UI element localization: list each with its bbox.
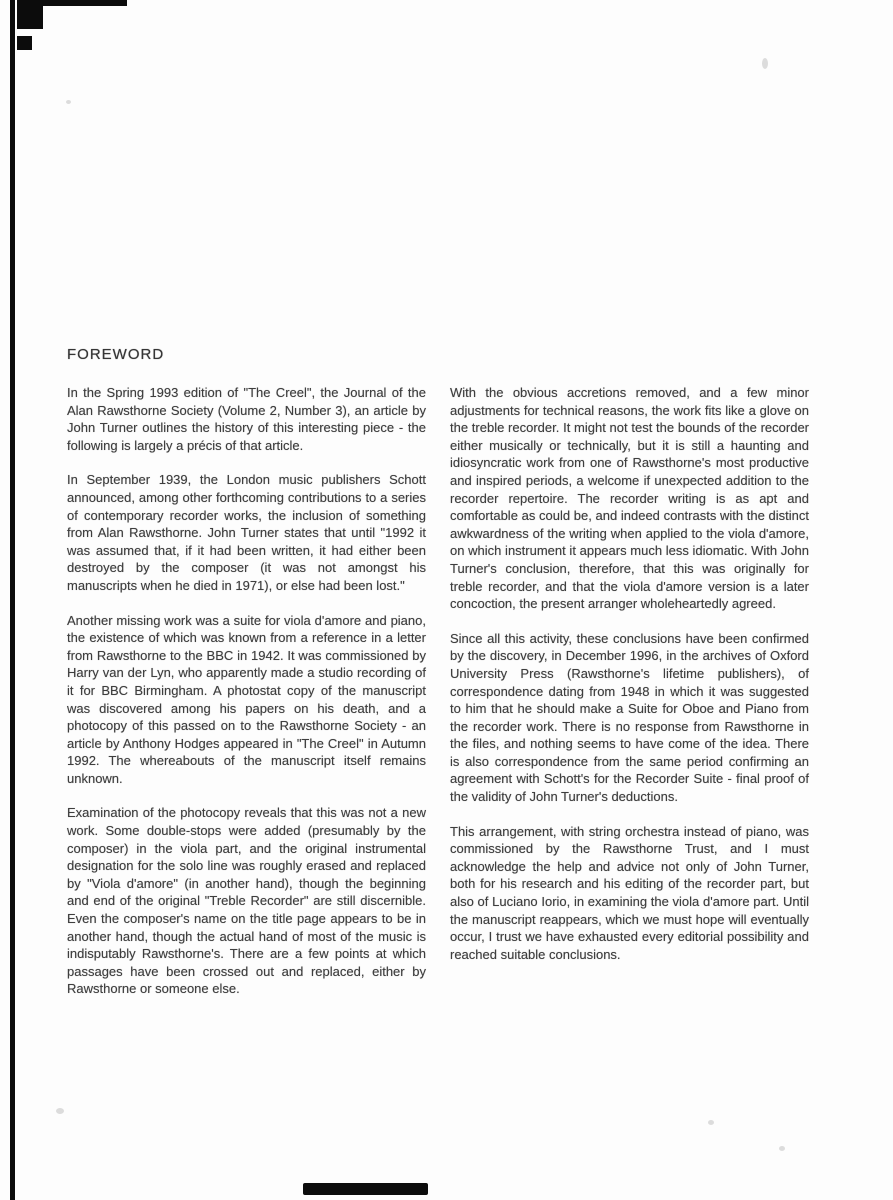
scanned-foreword-page: FOREWORD In the Spring 1993 edition of "… [0,0,893,1200]
right-column: With the obvious accretions removed, and… [450,384,809,980]
scan-smudge [762,58,768,69]
scan-artifact-bottom-bar [303,1183,428,1195]
paragraph-oup-discovery: Since all this activity, these conclusio… [450,630,809,806]
left-column: In the Spring 1993 edition of "The Creel… [67,384,426,1015]
scan-smudge [66,100,71,104]
paragraph-creel-article: In the Spring 1993 edition of "The Creel… [67,384,426,454]
scan-smudge [708,1120,714,1125]
scan-smudge [56,1108,64,1114]
scan-smudge [779,1146,785,1151]
scan-artifact-left-edge-line [10,0,15,1200]
paragraph-arrangement-credits: This arrangement, with string orchestra … [450,823,809,964]
paragraph-missing-work: Another missing work was a suite for vio… [67,612,426,788]
scan-artifact-corner-blob [17,6,43,29]
paragraph-schott-1939: In September 1939, the London music publ… [67,471,426,594]
paragraph-photocopy-exam: Examination of the photocopy reveals tha… [67,804,426,998]
paragraph-accretions-removed: With the obvious accretions removed, and… [450,384,809,613]
page-title: FOREWORD [67,346,164,363]
scan-artifact-corner-blob [17,36,32,50]
